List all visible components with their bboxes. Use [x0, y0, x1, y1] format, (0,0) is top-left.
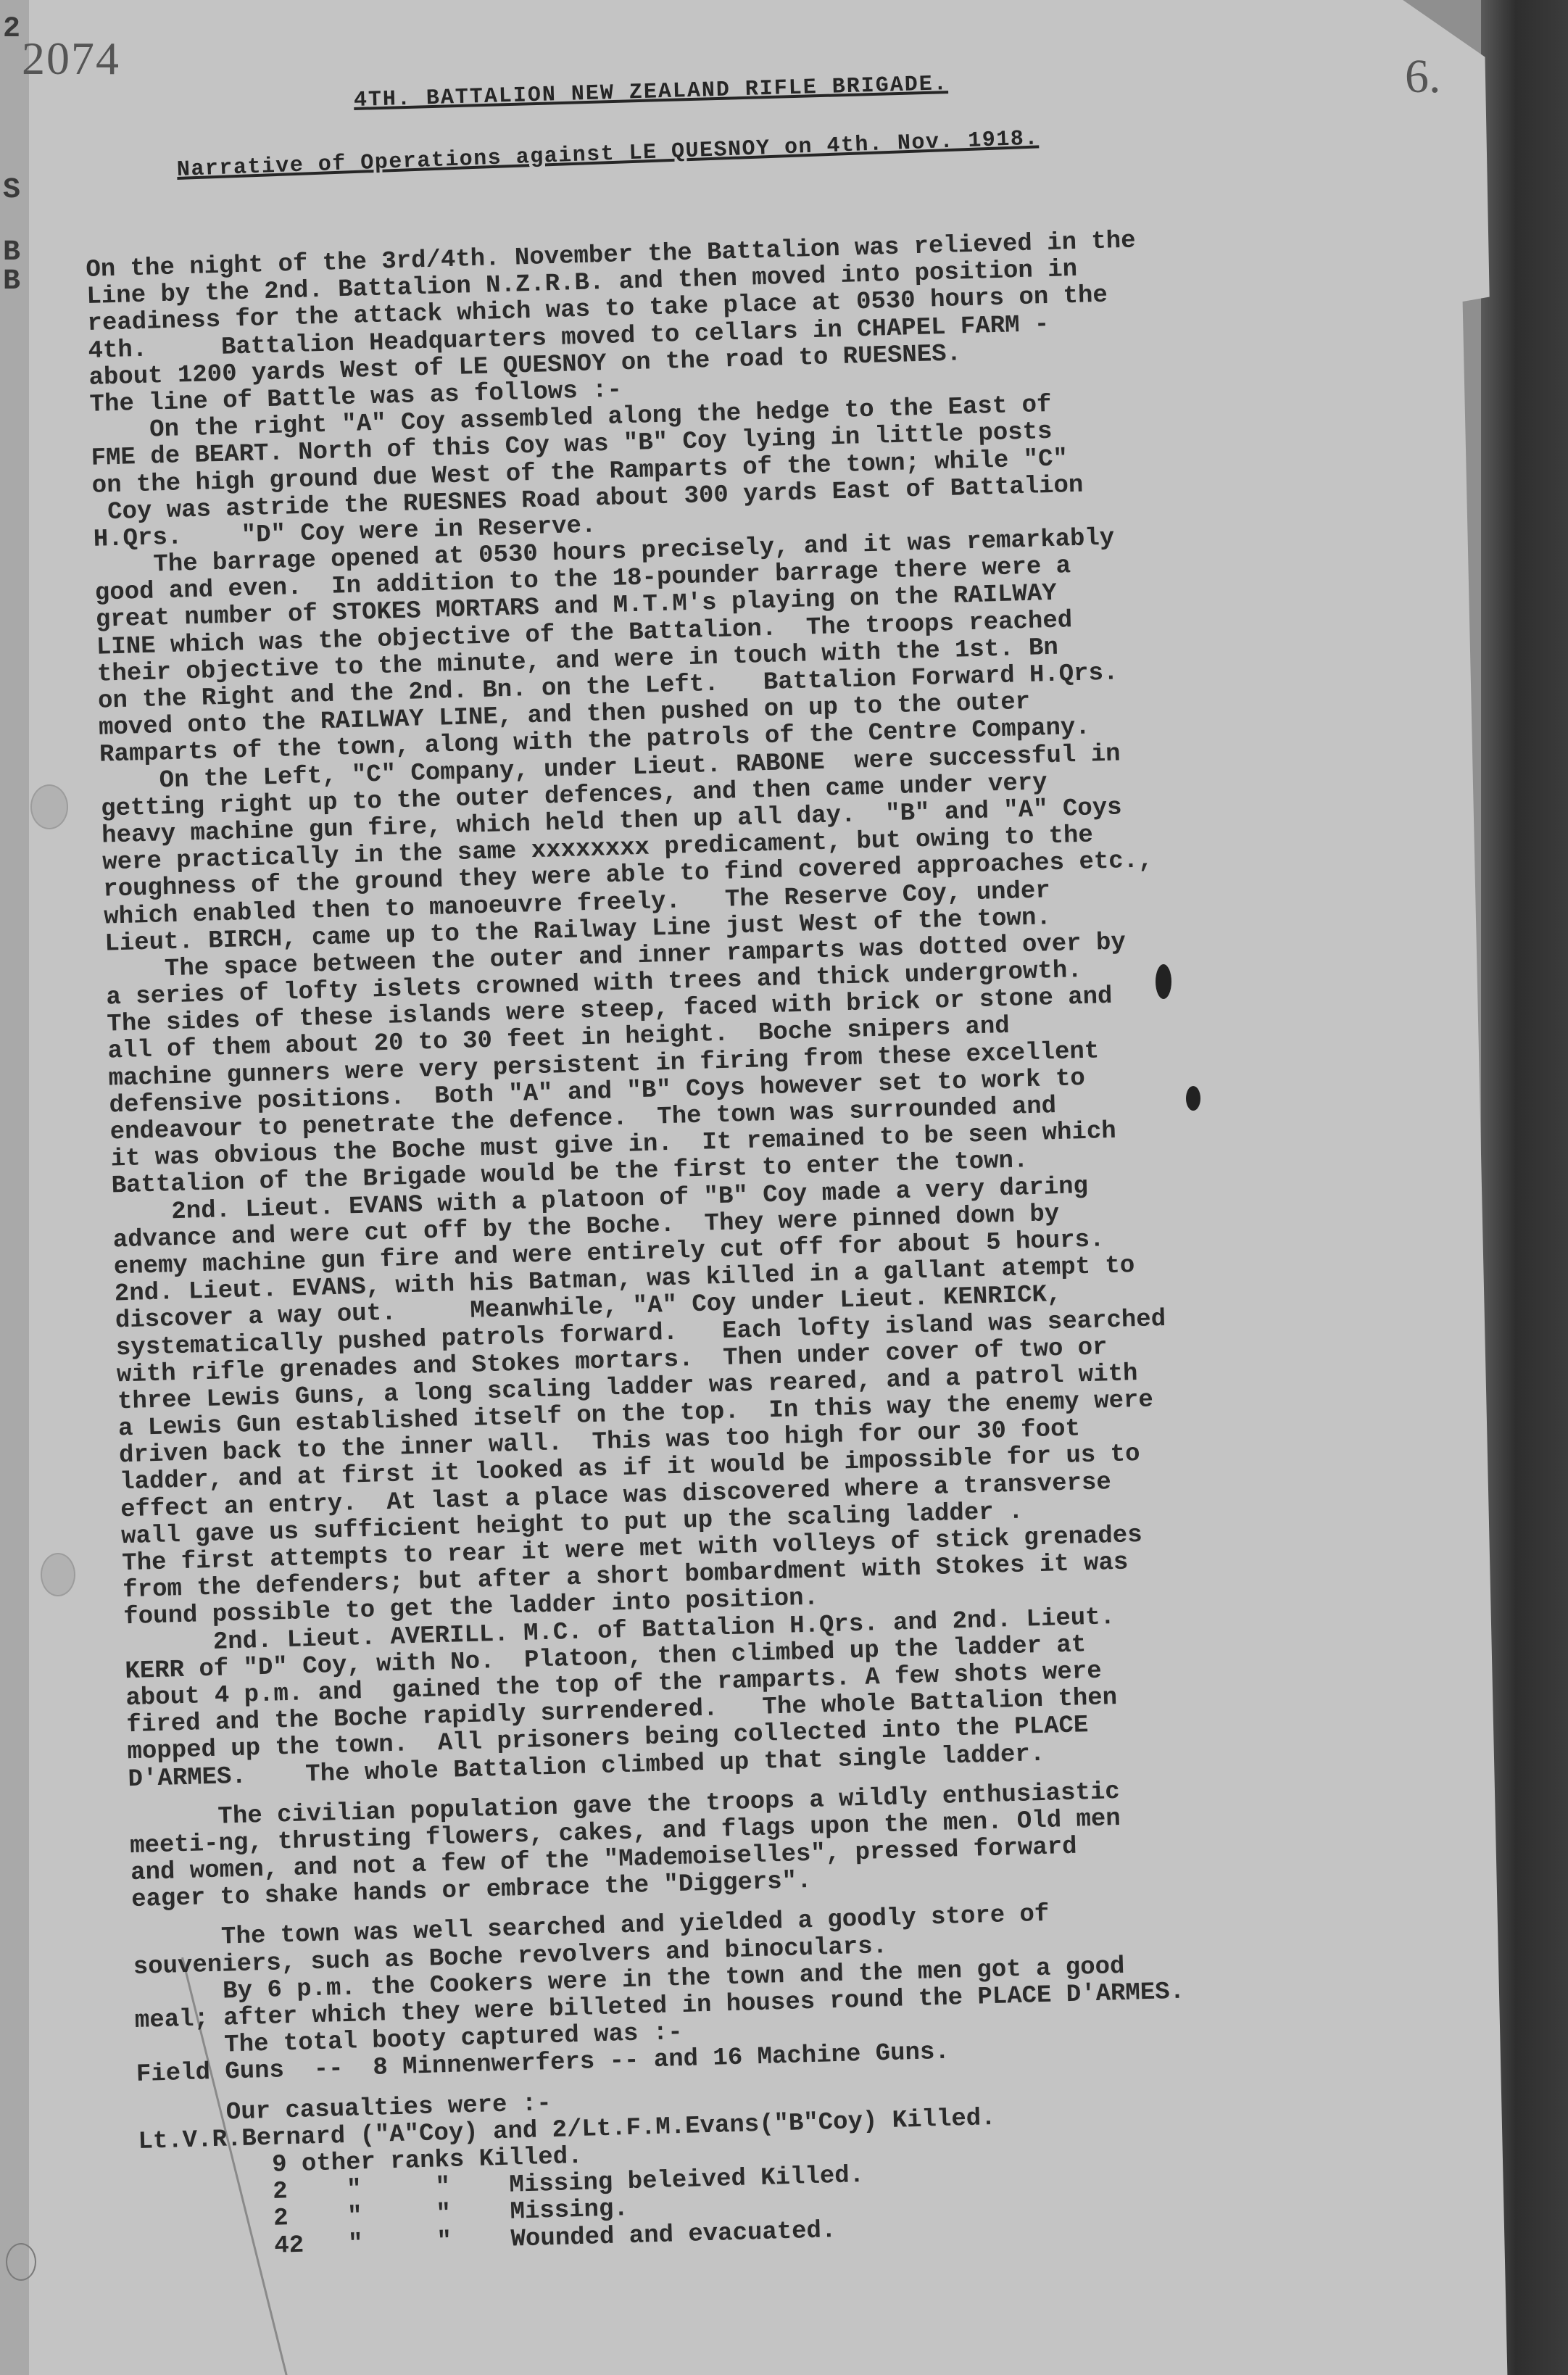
edge-character: S	[3, 174, 20, 207]
paragraph: 2nd. Lieut. EVANS with a platoon of "B" …	[112, 1161, 1530, 1632]
paragraph: The space between the outer and inner ra…	[105, 919, 1518, 1201]
ink-blot	[1186, 1086, 1200, 1111]
stain-ring	[6, 2243, 36, 2281]
narrative-body: On the night of the 3rd/4th. November th…	[86, 218, 1548, 2264]
paragraph: The barrage opened at 0530 hours precise…	[94, 515, 1506, 770]
edge-character: B	[3, 236, 20, 269]
edge-character: B	[3, 265, 20, 298]
edge-character: 2	[3, 13, 20, 46]
archive-number: 2074	[22, 32, 120, 86]
page-number: 6.	[1405, 49, 1441, 104]
punch-hole	[30, 784, 68, 829]
paragraph: On the Left, "C" Company, under Lieut. R…	[100, 730, 1511, 958]
ink-blot	[1156, 964, 1171, 999]
punch-hole	[41, 1553, 75, 1596]
